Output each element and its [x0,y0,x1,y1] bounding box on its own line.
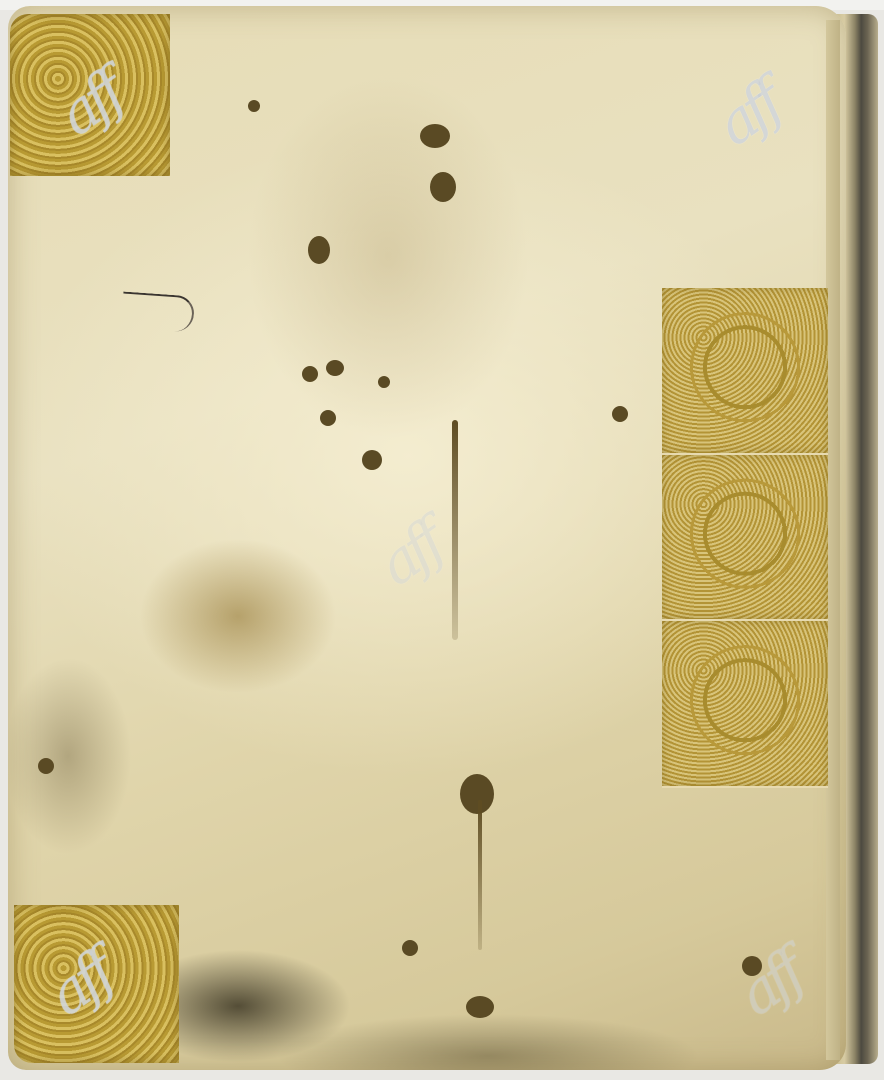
ink-stain [430,172,456,202]
ink-drip-streak [478,800,482,950]
ink-stain [378,376,390,388]
cover-fold-edge [826,20,840,1060]
ink-drip-streak [452,420,458,640]
ink-stain [320,410,336,426]
ink-stain [460,774,494,814]
ink-stain [402,940,418,956]
ink-stain [248,100,260,112]
ink-stain [612,406,628,422]
ink-stain [308,236,330,264]
ink-stain [302,366,318,382]
ink-stain [466,996,494,1018]
ink-stain [420,124,450,148]
ink-stain [362,450,382,470]
gold-arabesque-panel [662,288,828,788]
ink-stain [326,360,344,376]
arabesque-tile [662,288,828,455]
scratch-mark [121,292,195,333]
arabesque-tile [662,455,828,622]
ink-stain [38,758,54,774]
arabesque-tile [662,621,828,788]
